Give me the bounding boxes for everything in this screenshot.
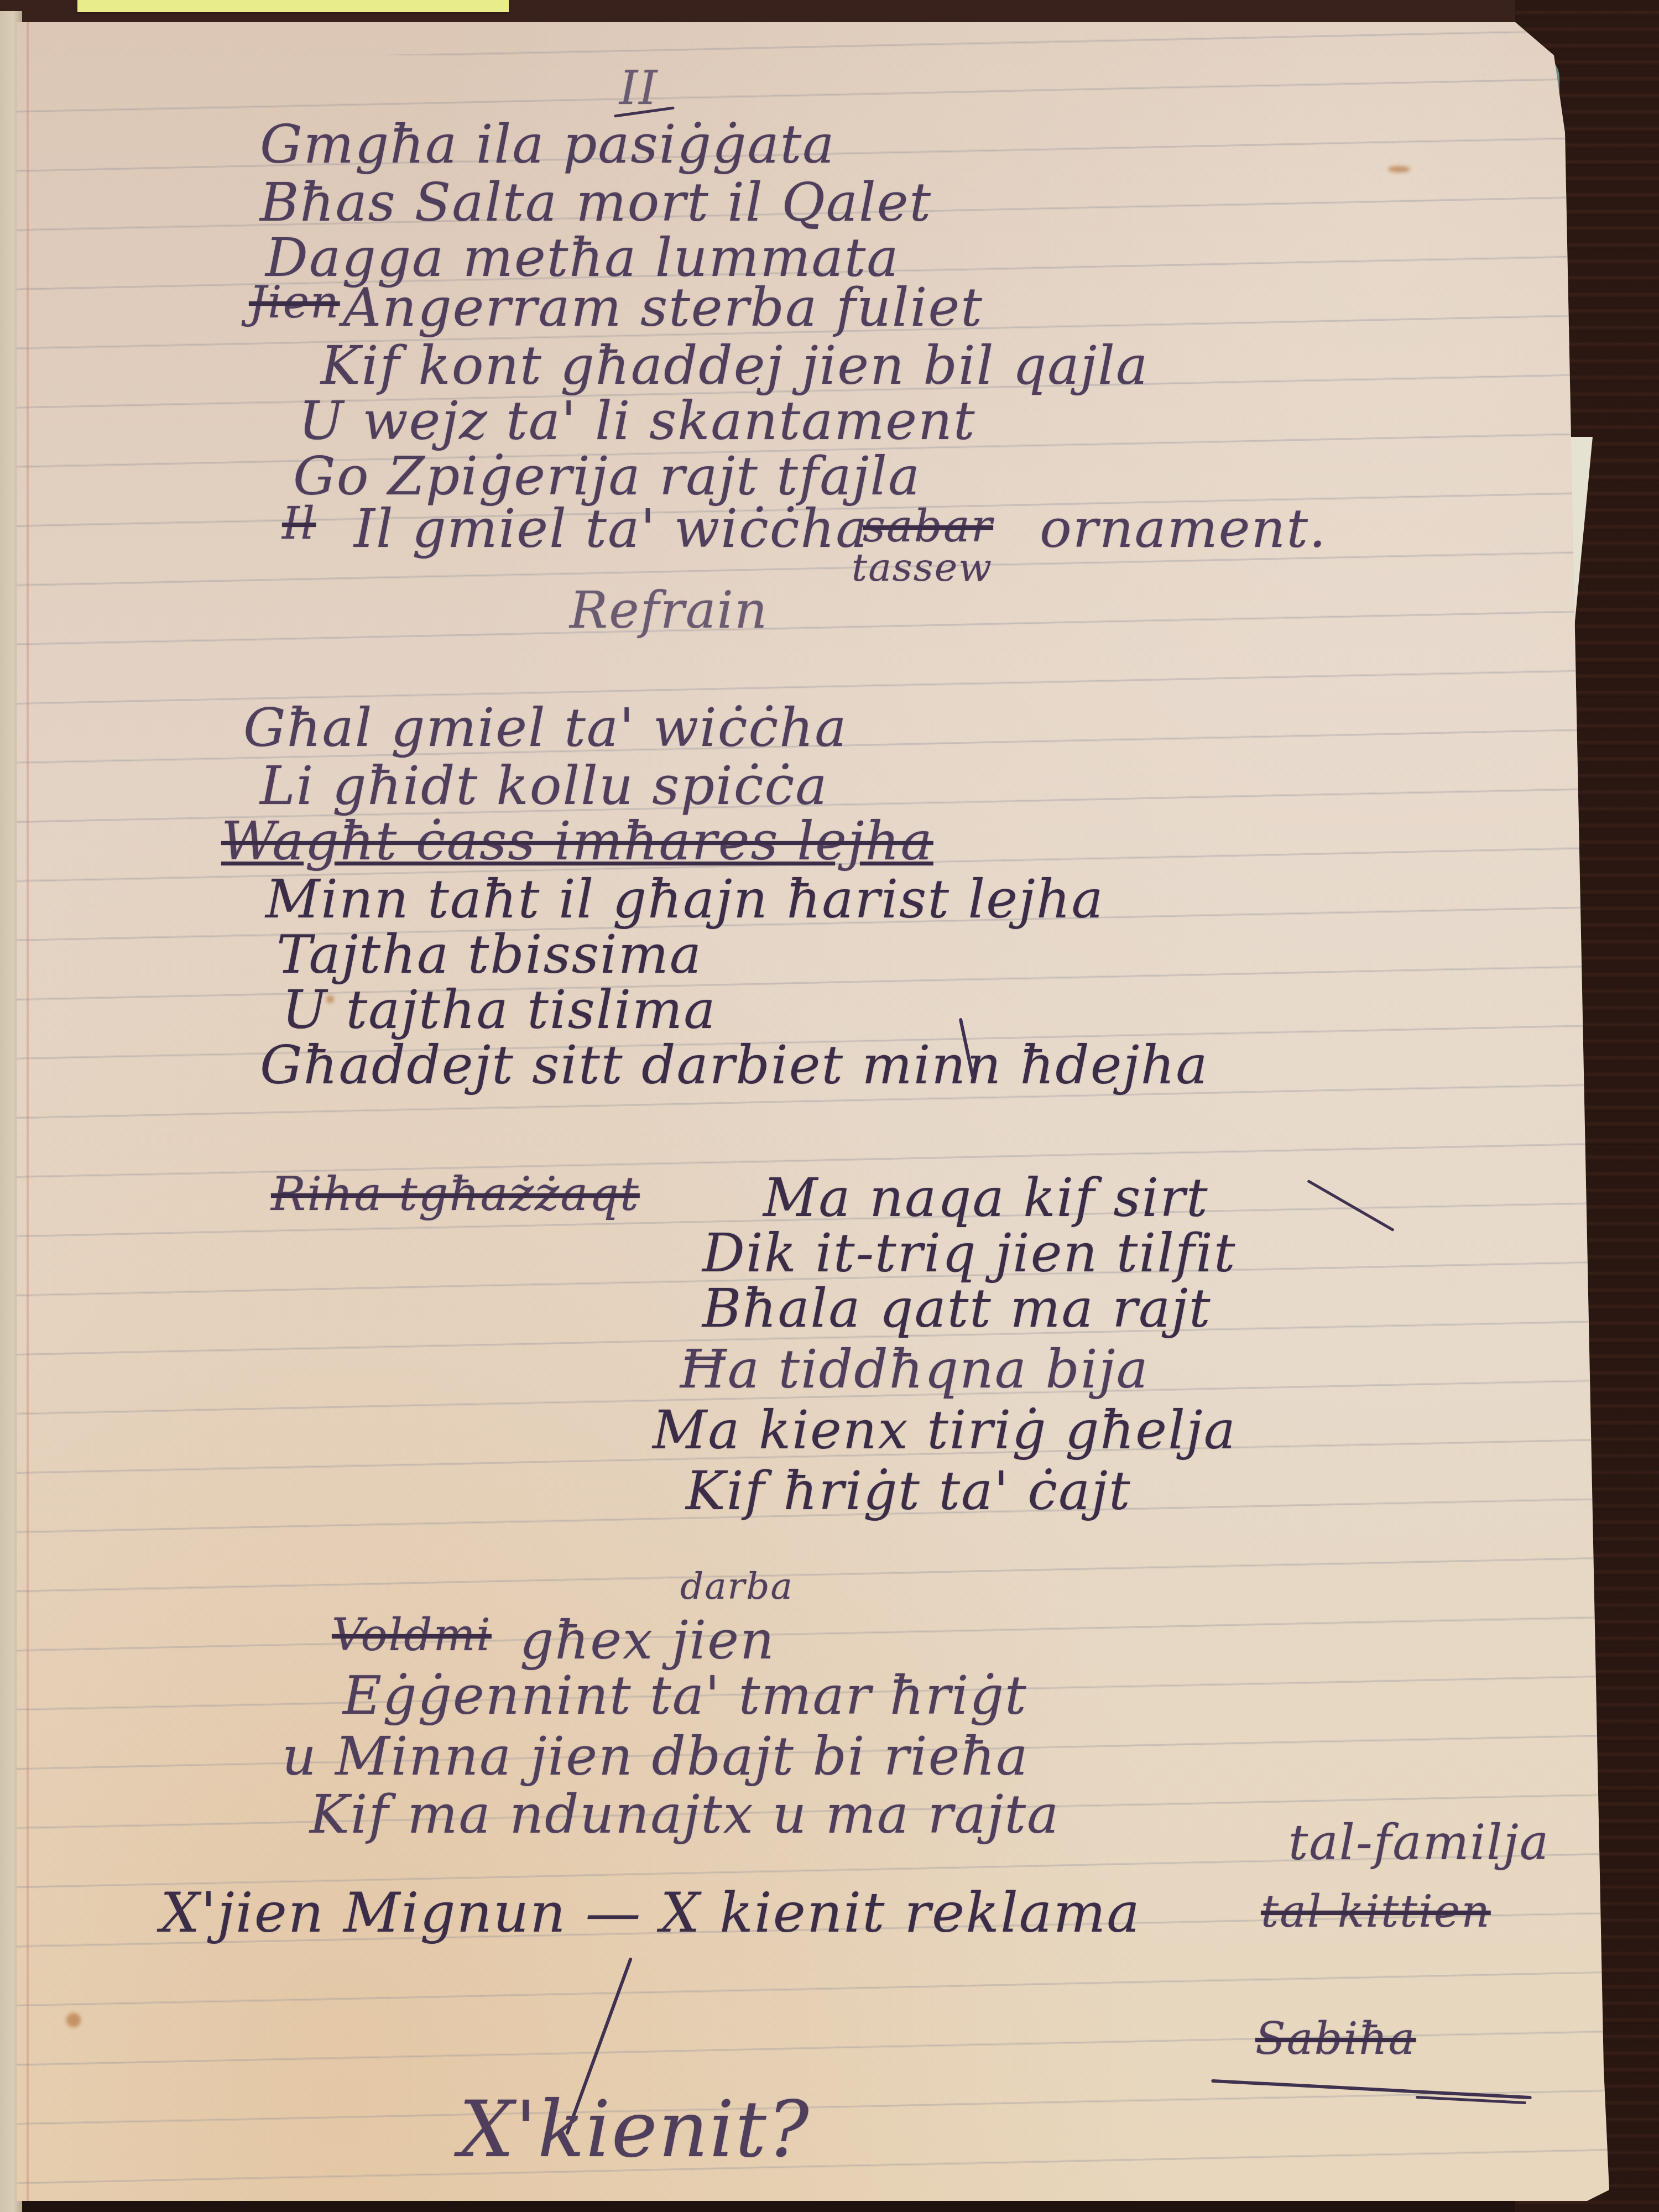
refrain-line: Għal gmiel ta' wiċċha: [243, 697, 847, 759]
struck-word: tal kittien: [1261, 1886, 1491, 1937]
refrain-line: Minn taħt il għajn ħarist lejha: [265, 868, 1104, 930]
verse-line: Bħas Salta mort il Qalet: [260, 171, 932, 233]
closing-question: X'kienit?: [459, 2085, 810, 2175]
refrain-line: Tajtha tbissima: [276, 924, 702, 985]
struck-word: Il: [282, 498, 316, 549]
refrain-line: U tajtha tislima: [282, 979, 716, 1041]
struck-word: Sabiħa: [1255, 2013, 1416, 2064]
stanza-line: Dik it-triq jien tilfit: [702, 1222, 1237, 1284]
verse-line: Il gmiel ta' wiċċha: [354, 498, 869, 560]
struck-refrain-line: Wagħt ċass imħares lejha: [221, 810, 933, 872]
refrain-line: Li għidt kollu spiċċa: [260, 755, 828, 817]
inserted-word: darba: [680, 1565, 794, 1608]
foxing-stain: [66, 2013, 81, 2027]
stanza-line: Ħa tiddħqna bija: [680, 1338, 1149, 1400]
stanza-line: Ma naqa kif sirt: [763, 1167, 1209, 1229]
margin-line: [27, 22, 29, 2201]
verse-line: Angerram sterba fuliet: [343, 276, 983, 338]
stanza-line: Eġġennint ta' tmar ħriġt: [343, 1665, 1027, 1726]
yellow-sticky-note: [77, 0, 509, 12]
struck-phrase: Riha tgħażżaqt: [271, 1167, 640, 1221]
verse-line: Gmgħa ila pasiġġata: [260, 113, 836, 175]
inserted-word: tal-familja: [1288, 1814, 1550, 1871]
refrain-line: Għaddejt sitt darbiet minn ħdejha: [260, 1034, 1208, 1096]
refrain-heading: Refrain: [570, 581, 768, 640]
footer-line: X'jien Mignun — X kienit reklama: [160, 1880, 1141, 1945]
inserted-word: tassew: [852, 545, 993, 590]
section-number: II: [619, 61, 658, 115]
struck-word: Jien: [249, 276, 340, 328]
stanza-line: Ma kienx tiriġ għelja: [653, 1399, 1237, 1461]
stanza-line: Kif ħriġt ta' ċajt: [686, 1460, 1131, 1522]
struck-word: Voldmi: [332, 1609, 492, 1661]
verse-line: Kif kont għaddej jien bil qajla: [321, 335, 1149, 397]
photo-scene: II Gmgħa ila pasiġġata Bħas Salta mort i…: [0, 0, 1659, 2212]
verse-line: U wejz ta' li skantament: [299, 390, 975, 452]
foxing-stain: [1388, 166, 1410, 173]
verse-line: ornament.: [1040, 498, 1327, 560]
stanza-line: Bħala qatt ma rajt: [702, 1277, 1212, 1339]
stanza-line: u Minna jien dbajt bi rieħa: [282, 1725, 1029, 1787]
stanza-line: Kif ma ndunajtx u ma rajta: [310, 1783, 1060, 1845]
stanza-line: għex jien: [520, 1609, 775, 1671]
